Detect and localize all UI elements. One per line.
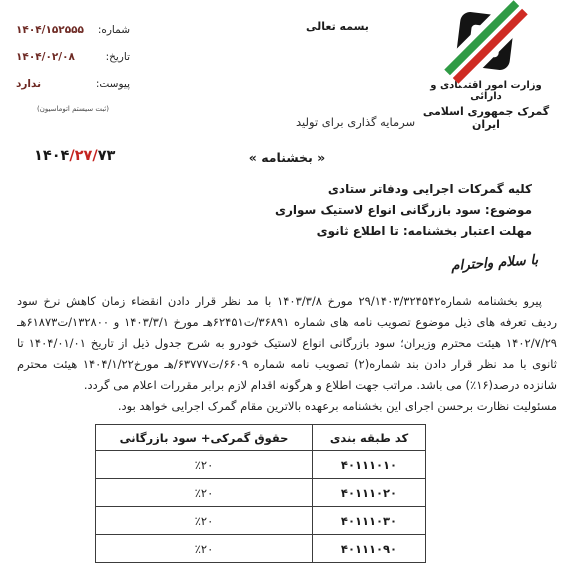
body-line: پیرو بخشنامه شماره۲۹/۱۴۰۳/۳۲۴۵۴۲ مورخ ۱۴… [17,291,557,312]
validity-line: مهلت اعتبار بخشنامه: تا اطلاع ثانوی [275,221,532,242]
body-paragraph: پیرو بخشنامه شماره۲۹/۱۴۰۳/۳۲۴۵۴۲ مورخ ۱۴… [17,291,557,417]
table-row: ۴۰۱۱۱۰۲۰ ٪۲۰ [96,479,426,507]
duty-cell: ٪۲۰ [96,507,313,535]
code-cell: ۴۰۱۱۱۰۲۰ [313,479,426,507]
body-line: شانزده درصد(۱۶٪) می باشد. مراتب جهت اطلا… [17,375,557,396]
table-row: ۴۰۱۱۱۰۱۰ ٪۲۰ [96,451,426,479]
table-header-row: کد طبقه بندی حقوق گمرکی+ سود بازرگانی [96,425,426,451]
code-value: ۴۰۱۱۱۰۳۰ [341,514,397,528]
customs-name: گمرک جمهوری اسلامی ایران [420,105,552,131]
doc-attachment-label: پیوست: [96,78,130,90]
header-code: کد طبقه بندی [313,425,426,451]
table-row: ۴۰۱۱۱۰۹۰ ٪۲۰ [96,535,426,563]
salutation-script: با سلام واحترام [450,252,538,274]
duty-value: ٪۲۰ [195,486,214,500]
doc-date-label: تاریخ: [106,51,130,63]
doc-attachment-value: ندارد [16,78,41,90]
meta-block: شماره: ۱۴۰۴/۱۵۲۵۵۵ تاریخ: ۱۴۰۴/۰۲/۰۸ پیو… [16,24,130,113]
document-page: شماره: ۱۴۰۴/۱۵۲۵۵۵ تاریخ: ۱۴۰۴/۰۲/۰۸ پیو… [0,0,574,566]
doc-date-row: تاریخ: ۱۴۰۴/۰۲/۰۸ [16,51,130,63]
code-cell: ۴۰۱۱۱۰۹۰ [313,535,426,563]
doc-attachment-row: پیوست: ندارد [16,78,130,90]
addressee-line: کلیه گمرکات اجرایی ودفاتر ستادی [275,179,532,200]
code-cell: ۴۰۱۱۱۰۳۰ [313,507,426,535]
doc-number-label: شماره: [98,24,130,36]
doc-date-value: ۱۴۰۴/۰۲/۰۸ [16,51,75,63]
body-line: ۱۴۰۲/۷/۲۹ هیئت محترم وزیران؛ سود بازرگان… [17,333,557,354]
table-row: ۴۰۱۱۱۰۳۰ ٪۲۰ [96,507,426,535]
duty-cell: ٪۲۰ [96,479,313,507]
addressee-block: کلیه گمرکات اجرایی ودفاتر ستادی موضوع: س… [275,179,532,242]
doc-number-row: شماره: ۱۴۰۴/۱۵۲۵۵۵ [16,24,130,36]
code-cell: ۴۰۱۱۱۰۱۰ [313,451,426,479]
slogan-text: سرمایه گذاری برای تولید [296,115,415,129]
duty-value: ٪۲۰ [195,542,214,556]
duty-cell: ٪۲۰ [96,535,313,563]
circular-title: « بخشنامه » [0,150,574,165]
body-line: مسئولیت نظارت برحسن اجرای این بخشنامه بر… [17,396,557,417]
doc-number-value: ۱۴۰۴/۱۵۲۵۵۵ [16,24,84,36]
body-line: ردیف تعرفه های ذیل موضوع تصویب نامه های … [17,312,557,333]
tariff-table: کد طبقه بندی حقوق گمرکی+ سود بازرگانی ۴۰… [95,424,426,563]
code-value: ۴۰۱۱۱۰۹۰ [341,542,397,556]
ministry-name: وزارت امور اقتصادی و دارائی [420,80,552,102]
duty-value: ٪۲۰ [195,514,214,528]
duty-value: ٪۲۰ [195,458,214,472]
automation-note: (ثبت سیستم اتوماسیون) [16,105,130,113]
code-value: ۴۰۱۱۱۰۲۰ [341,486,397,500]
duty-cell: ٪۲۰ [96,451,313,479]
subject-line: موضوع: سود بازرگانی انواع لاستیک سواری [275,200,532,221]
body-line: ثانوی با مد نظر قرار دادن بند شماره(۲) ت… [17,354,557,375]
customs-logo-icon [448,10,524,76]
letterhead: وزارت امور اقتصادی و دارائی گمرک جمهوری … [420,10,552,131]
bismillah-text: بسمه تعالی [306,20,369,33]
code-value: ۴۰۱۱۱۰۱۰ [341,458,397,472]
header-duty: حقوق گمرکی+ سود بازرگانی [96,425,313,451]
